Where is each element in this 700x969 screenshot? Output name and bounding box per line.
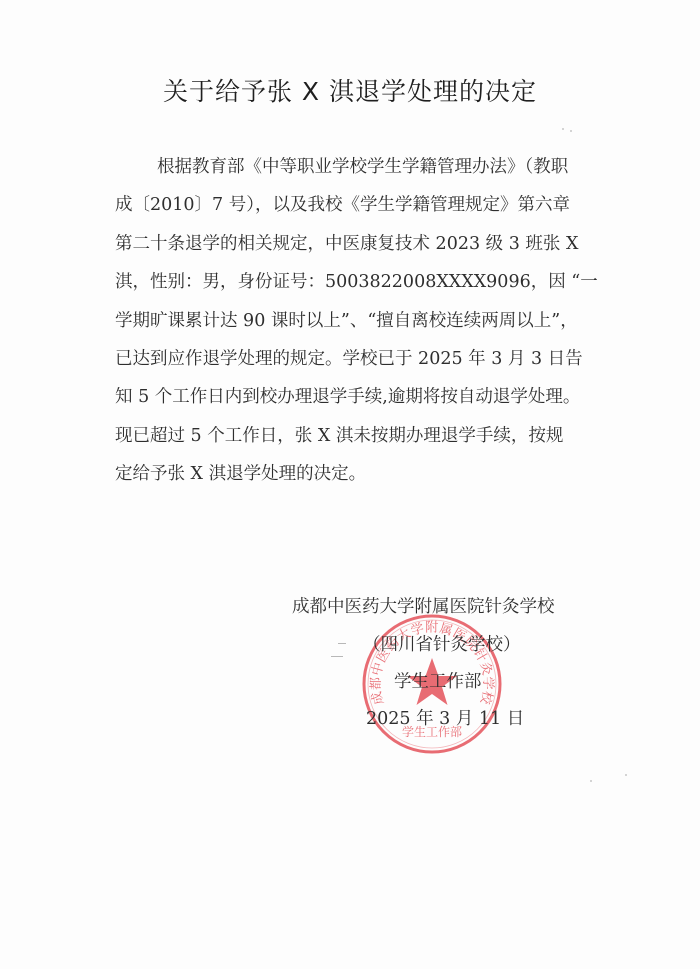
document-title: 关于给予张 X 淇退学处理的决定 bbox=[0, 72, 700, 108]
scan-speck bbox=[590, 780, 592, 782]
scan-speck bbox=[562, 128, 564, 130]
signature-alias: （四川省针灸学校） bbox=[363, 631, 521, 656]
scan-speck bbox=[625, 774, 627, 776]
body-line: 定给予张 X 淇退学处理的决定。 bbox=[115, 455, 587, 493]
body-line: 已达到应作退学处理的规定。学校已于 2025 年 3 月 3 日告 bbox=[115, 340, 587, 378]
body-line: 第二十条退学的相关规定，中医康复技术 2023 级 3 班张 X bbox=[115, 225, 587, 263]
body-line: 淇，性别：男，身份证号：5003822008XXXX9096，因 “一 bbox=[115, 263, 587, 301]
signature-department: 学生工作部 bbox=[394, 668, 482, 693]
scan-mark bbox=[338, 643, 346, 644]
body-line: 现已超过 5 个工作日，张 X 淇未按期办理退学手续，按规 bbox=[115, 417, 587, 455]
document-body: 根据教育部《中等职业学校学生学籍管理办法》（教职 成〔2010〕7 号），以及我… bbox=[115, 148, 587, 494]
scan-speck bbox=[570, 130, 572, 132]
scan-mark bbox=[331, 656, 343, 657]
signature-date: 2025 年 3 月 11 日 bbox=[366, 705, 524, 730]
body-line: 学期旷课累计达 90 课时以上”、“擅自离校连续两周以上”， bbox=[115, 302, 587, 340]
signature-school: 成都中医药大学附属医院针灸学校 bbox=[292, 593, 555, 618]
body-line: 知 5 个工作日内到校办理退学手续,逾期将按自动退学处理。 bbox=[115, 378, 587, 416]
document-page: 关于给予张 X 淇退学处理的决定 根据教育部《中等职业学校学生学籍管理办法》（教… bbox=[0, 0, 700, 969]
body-line: 根据教育部《中等职业学校学生学籍管理办法》（教职 bbox=[115, 148, 587, 186]
body-line: 成〔2010〕7 号），以及我校《学生学籍管理规定》第六章 bbox=[115, 186, 587, 224]
